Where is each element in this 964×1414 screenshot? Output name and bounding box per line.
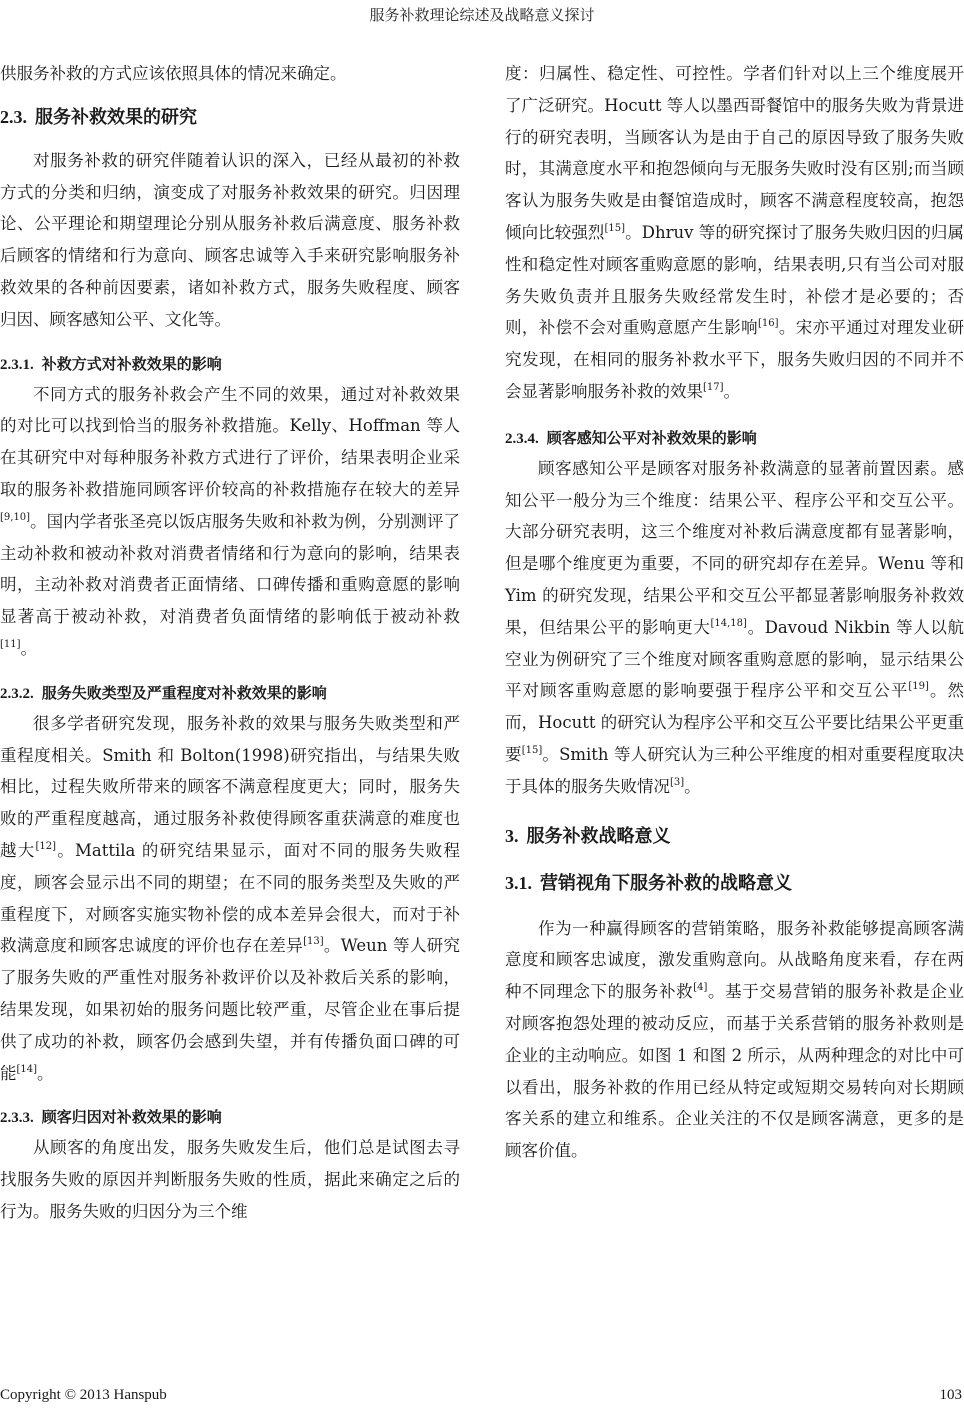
paragraph: 不同方式的服务补救会产生不同的效果，通过对补救效果的对比可以找到恰当的服务补救措… [0,379,460,665]
page-footer: Copyright © 2013 Hanspub 103 [0,1387,964,1404]
paragraph: 顾客感知公平是顾客对服务补救满意的显著前置因素。感知公平一般分为三个维度：结果公… [505,453,964,803]
running-header: 服务补救理论综述及战略意义探讨 [0,4,964,25]
citation: [16] [758,318,779,329]
section-heading-3-1: 3.1.营销视角下服务补救的战略意义 [505,866,964,901]
paragraph-continuation: 度：归属性、稳定性、可控性。学者们针对以上三个维度展开了广泛研究。Hocutt … [505,58,964,408]
citation: [4] [693,982,707,993]
citation: [13] [303,936,324,947]
citation: [9,10] [0,512,30,523]
citation: [14] [17,1064,38,1075]
citation: [11] [0,639,21,650]
paragraph-continuation: 供服务补救的方式应该依照具体的情况来确定。 [0,58,460,90]
section-heading-2-3-1: 2.3.1.补救方式对补救效果的影响 [0,350,460,379]
page-number: 103 [940,1387,963,1404]
section-heading-3: 3.服务补救战略意义 [505,819,964,854]
citation: [12] [35,841,56,852]
citation: [3] [670,777,684,788]
paragraph: 对服务补救的研究伴随着认识的深入，已经从最初的补救方式的分类和归纳，演变成了对服… [0,145,460,336]
citation: [15] [522,745,543,756]
citation: [19] [908,681,929,692]
right-column: 度：归属性、稳定性、可控性。学者们针对以上三个维度展开了广泛研究。Hocutt … [505,58,964,1167]
section-heading-2-3-2: 2.3.2.服务失败类型及严重程度对补救效果的影响 [0,679,460,708]
citation: [15] [605,223,626,234]
section-heading-2-3-3: 2.3.3.顾客归因对补救效果的影响 [0,1103,460,1132]
citation: [17] [703,382,724,393]
paragraph: 作为一种赢得顾客的营销策略，服务补救能够提高顾客满意度和顾客忠诚度，激发重购意向… [505,913,964,1167]
citation: [14,18] [711,618,747,629]
section-heading-2-3-4: 2.3.4.顾客感知公平对补救效果的影响 [505,424,964,453]
paragraph: 很多学者研究发现，服务补救的效果与服务失败类型和严重程度相关。Smith 和 B… [0,708,460,1090]
section-heading-2-3: 2.3.服务补救效果的研究 [0,100,460,135]
left-column: 供服务补救的方式应该依照具体的情况来确定。 2.3.服务补救效果的研究 对服务补… [0,58,460,1228]
copyright-notice: Copyright © 2013 Hanspub [0,1387,167,1403]
paragraph: 从顾客的角度出发，服务失败发生后，他们总是试图去寻找服务失败的原因并判断服务失败… [0,1132,460,1227]
